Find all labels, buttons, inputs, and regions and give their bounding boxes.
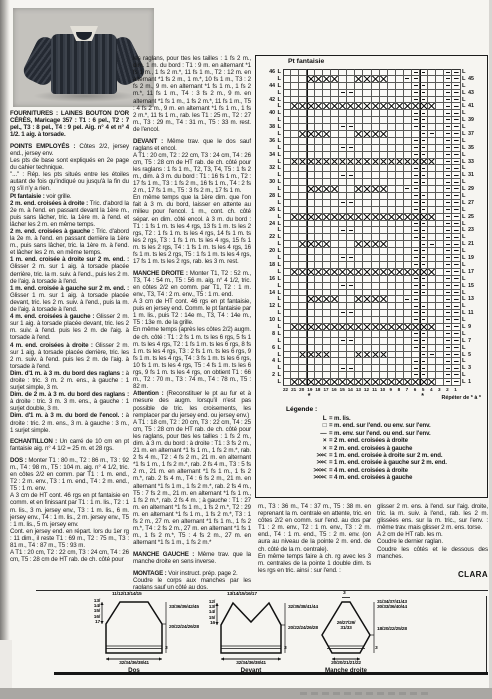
chart-cell	[452, 372, 460, 379]
chart-cell	[323, 379, 331, 386]
row-number-left	[264, 269, 276, 276]
chart-cell	[307, 331, 315, 338]
chart-cell	[339, 103, 347, 110]
chart-cell	[396, 131, 404, 138]
chart-cell	[436, 221, 444, 228]
row-number-left: 10	[264, 317, 276, 324]
chart-cell	[444, 69, 452, 76]
designer-signature: CLARA	[377, 570, 488, 579]
chart-cell	[299, 358, 307, 365]
chart-cell	[428, 358, 436, 365]
paragraph: Cont. en jersey end. en répart. lors du …	[10, 528, 129, 549]
chart-cell	[323, 97, 331, 104]
chart-cell	[339, 124, 347, 131]
chart-cell	[420, 303, 428, 310]
dos-bottom-measure: 32/34/36/38/41	[110, 661, 158, 666]
chart-cell	[323, 269, 331, 276]
chart-cell	[315, 262, 323, 269]
devant-bottom-measure: 32/34/36/38/41	[225, 661, 277, 666]
chart-cell	[363, 358, 371, 365]
chart-cell	[404, 227, 412, 234]
chart-cell	[283, 90, 291, 97]
chart-cell	[315, 317, 323, 324]
chart-cell	[452, 145, 460, 152]
chart-cell	[355, 131, 363, 138]
chart-cell	[339, 90, 347, 97]
chart-row: 44LL	[264, 83, 479, 90]
chart-cell	[412, 296, 420, 303]
chart-cell	[355, 241, 363, 248]
chart-cell	[452, 179, 460, 186]
chart-cell	[396, 338, 404, 345]
chart-cell	[412, 248, 420, 255]
chart-cell	[420, 90, 428, 97]
chart-cell	[388, 221, 396, 228]
paragraph: DEVANT : Même trav. que le dos sauf ragl…	[133, 138, 251, 152]
chart-cell	[388, 276, 396, 283]
chart-cell	[299, 76, 307, 83]
chart-cell	[283, 338, 291, 345]
chart-cell	[396, 214, 404, 221]
chart-cell	[380, 379, 388, 386]
chart-cell	[307, 200, 315, 207]
chart-cell	[412, 331, 420, 338]
paragraph: les raglans, pour ttes les tailles : 1 f…	[133, 55, 251, 133]
chart-cell	[323, 110, 331, 117]
chart-cell	[444, 83, 452, 90]
chart-cell	[452, 159, 460, 166]
chart-cell	[363, 317, 371, 324]
row-number-right	[467, 138, 479, 145]
chart-row: 40LL	[264, 110, 479, 117]
chart-cell	[428, 103, 436, 110]
chart-cell	[396, 372, 404, 379]
row-number-left	[264, 145, 276, 152]
chart-cell	[283, 83, 291, 90]
chart-cell	[436, 358, 444, 365]
chart-cell	[299, 138, 307, 145]
chart-cell	[452, 241, 460, 248]
chart-cell	[307, 290, 315, 297]
paragraph: A T1 : 20 cm, T2 : 22 cm, T3 : 24 cm, T4…	[133, 152, 251, 195]
chart-cell	[307, 345, 315, 352]
row-number-right	[467, 262, 479, 269]
chart-cell	[436, 103, 444, 110]
chart-cell	[307, 276, 315, 283]
row-number-left: 28	[264, 193, 276, 200]
chart-cell	[307, 379, 315, 386]
paragraph: Les pts de base sont expliqués en 2e pag…	[10, 157, 129, 171]
chart-cell	[404, 358, 412, 365]
chart-cell	[355, 310, 363, 317]
legend-item: □= m. end. sur l'end. ou env. sur l'env.	[286, 422, 447, 429]
manche-bottom-measure: 20/20/21/21/22	[322, 661, 370, 666]
chart-cell	[355, 227, 363, 234]
paragraph: En même temps faire à ch. rg avec les 3 …	[258, 553, 371, 574]
chart-cell	[347, 214, 355, 221]
chart-cell	[363, 338, 371, 345]
chart-cell	[363, 76, 371, 83]
chart-cell	[412, 200, 420, 207]
row-number-right	[467, 303, 479, 310]
chart-cell	[428, 138, 436, 145]
chart-cell	[404, 83, 412, 90]
chart-cell	[388, 83, 396, 90]
chart-cell	[331, 131, 339, 138]
chart-cell	[404, 97, 412, 104]
row-number-left	[264, 186, 276, 193]
chart-cell	[436, 200, 444, 207]
chart-cell	[283, 310, 291, 317]
chart-cell	[355, 269, 363, 276]
chart-cell	[444, 131, 452, 138]
chart-cell	[291, 110, 299, 117]
row-number-right	[467, 331, 479, 338]
chart-cell	[428, 117, 436, 124]
chart-cell	[380, 269, 388, 276]
chart-cell	[444, 179, 452, 186]
paragraph: 2 m. end. croisées à droite : Tric. d'ab…	[10, 200, 129, 228]
chart-cell	[339, 152, 347, 159]
chart-cell	[388, 296, 396, 303]
chart-cell	[436, 90, 444, 97]
chart-cell	[420, 69, 428, 76]
chart-cell	[315, 172, 323, 179]
chart-cell	[420, 110, 428, 117]
chart-cell	[331, 365, 339, 372]
chart-row: 46LL	[264, 69, 479, 76]
chart-cell	[291, 165, 299, 172]
chart-cell	[347, 317, 355, 324]
chart-cell	[347, 248, 355, 255]
chart-row: LL37	[264, 131, 479, 138]
chart-cell	[412, 234, 420, 241]
chart-cell	[283, 345, 291, 352]
chart-cell	[339, 179, 347, 186]
chart-row: LL15	[264, 283, 479, 290]
chart-cell	[339, 110, 347, 117]
chart-cell	[396, 138, 404, 145]
row-number-right: 7	[467, 338, 479, 345]
chart-cell	[355, 117, 363, 124]
chart-row: LL43	[264, 90, 479, 97]
chart-cell	[396, 76, 404, 83]
chart-cell	[355, 317, 363, 324]
chart-cell	[444, 352, 452, 359]
chart-cell	[396, 379, 404, 386]
chart-cell	[420, 131, 428, 138]
legend-label: = 4 m. end. croisées à droite	[326, 467, 408, 474]
chart-cell	[331, 276, 339, 283]
chart-cell	[428, 283, 436, 290]
chart-cell	[412, 193, 420, 200]
paragraph: En même temps que la 1ère dim. que l'on …	[133, 194, 251, 265]
chart-cell	[323, 214, 331, 221]
repeat-asterisk-right: *	[421, 393, 424, 400]
instructions-column-2: les raglans, pour ttes les tailles : 1 f…	[133, 55, 251, 589]
chart-cell	[388, 193, 396, 200]
chart-cell	[299, 296, 307, 303]
chart-title: Pt fantaisie	[288, 58, 324, 65]
chart-cell	[355, 262, 363, 269]
row-number-left	[264, 338, 276, 345]
chart-cell	[331, 255, 339, 262]
chart-cell	[331, 283, 339, 290]
chart-cell	[331, 69, 339, 76]
chart-cell	[291, 193, 299, 200]
chart-cell	[372, 76, 380, 83]
chart-cell	[363, 345, 371, 352]
chart-cell	[315, 145, 323, 152]
row-number-right	[467, 358, 479, 365]
chart-cell	[412, 165, 420, 172]
manche-inner-measure: 26/27/29/ 31/33	[330, 621, 362, 631]
chart-row: 30LL	[264, 179, 479, 186]
chart-cell	[323, 221, 331, 228]
chart-cell	[355, 248, 363, 255]
chart-cell	[315, 165, 323, 172]
chart-cell	[347, 193, 355, 200]
legend-item: >×<= 1 m. end. croisée à droite sur 2 m.…	[286, 452, 447, 459]
chart-cell	[331, 331, 339, 338]
row-number-left	[264, 172, 276, 179]
instructions-column-3: m., T3 : 36 m., T4 : 37 m., T5 : 38 m. e…	[258, 503, 371, 589]
chart-cell	[283, 269, 291, 276]
chart-cell	[404, 379, 412, 386]
chart-cell	[339, 345, 347, 352]
chart-cell	[452, 97, 460, 104]
sweater-body	[51, 34, 117, 94]
chart-cell	[323, 310, 331, 317]
chart-cell	[452, 200, 460, 207]
chart-cell	[452, 165, 460, 172]
chart-cell	[283, 358, 291, 365]
chart-cell	[323, 365, 331, 372]
chart-cell	[420, 159, 428, 166]
chart-cell	[339, 310, 347, 317]
chart-cell	[315, 338, 323, 345]
chart-cell	[363, 352, 371, 359]
chart-cell	[452, 303, 460, 310]
chart-cell	[355, 186, 363, 193]
chart-cell	[331, 358, 339, 365]
chart-cell	[452, 131, 460, 138]
dos-side-measure: 20/22/24/26/28	[169, 625, 199, 630]
chart-cell	[347, 255, 355, 262]
chart-cell	[339, 234, 347, 241]
chart-cell	[436, 117, 444, 124]
row-number-left: 16	[264, 276, 276, 283]
chart-cell	[331, 76, 339, 83]
chart-cell	[323, 227, 331, 234]
chart-cell	[315, 255, 323, 262]
chart-cell	[331, 124, 339, 131]
chart-cell	[380, 234, 388, 241]
chart-row: 38LL	[264, 124, 479, 131]
row-number-right: 25	[467, 214, 479, 221]
chart-cell	[307, 207, 315, 214]
chart-cell	[428, 145, 436, 152]
chart-cell	[444, 200, 452, 207]
chart-cell	[347, 207, 355, 214]
stitch-chart-box: Pt fantaisie 46LLLL4544LLLL4342LLLL4140L…	[255, 55, 488, 498]
chart-cell	[404, 131, 412, 138]
chart-cell	[452, 283, 460, 290]
chart-cell	[315, 290, 323, 297]
chart-row: 12LL	[264, 303, 479, 310]
chart-cell	[388, 227, 396, 234]
legend-symbol-icon: ×	[286, 437, 326, 444]
chart-cell	[412, 138, 420, 145]
chart-cell	[363, 331, 371, 338]
chart-cell	[396, 165, 404, 172]
chart-cell	[307, 352, 315, 359]
row-number-left: 18	[264, 262, 276, 269]
chart-cell	[428, 365, 436, 372]
chart-cell	[420, 255, 428, 262]
chart-cell	[363, 214, 371, 221]
chart-cell	[380, 124, 388, 131]
row-number-left	[264, 117, 276, 124]
chart-cell	[315, 345, 323, 352]
chart-cell	[347, 117, 355, 124]
chart-cell	[372, 317, 380, 324]
chart-cell	[347, 90, 355, 97]
chart-cell	[428, 186, 436, 193]
row-number-left: 40	[264, 110, 276, 117]
chart-cell	[436, 172, 444, 179]
chart-cell	[428, 241, 436, 248]
chart-cell	[436, 207, 444, 214]
chart-cell	[428, 352, 436, 359]
row-number-right	[467, 276, 479, 283]
chart-cell	[436, 76, 444, 83]
chart-cell	[283, 303, 291, 310]
chart-cell	[396, 159, 404, 166]
chart-cell	[339, 165, 347, 172]
chart-cell	[380, 207, 388, 214]
chart-cell	[452, 255, 460, 262]
paragraph: Coudre les côtés et le dessous des manch…	[377, 546, 488, 560]
chart-cell	[307, 358, 315, 365]
paragraph: "..." : Rép. les pts situés entre les ét…	[10, 171, 129, 192]
chart-cell	[436, 165, 444, 172]
row-number-left: 6	[264, 345, 276, 352]
chart-cell	[331, 372, 339, 379]
chart-cell	[291, 248, 299, 255]
chart-cell	[315, 117, 323, 124]
chart-cell	[444, 165, 452, 172]
chart-cell	[363, 110, 371, 117]
chart-cell	[388, 145, 396, 152]
chart-cell	[299, 69, 307, 76]
chart-cell	[307, 117, 315, 124]
chart-cell	[412, 338, 420, 345]
chart-cell	[339, 248, 347, 255]
chart-cell	[315, 193, 323, 200]
chart-cell	[436, 352, 444, 359]
chart-cell	[388, 179, 396, 186]
chart-cell	[436, 317, 444, 324]
chart-cell	[388, 117, 396, 124]
chart-cell	[315, 159, 323, 166]
chart-cell	[372, 110, 380, 117]
chart-cell	[323, 262, 331, 269]
chart-cell	[363, 283, 371, 290]
chart-cell	[331, 221, 339, 228]
chart-cell	[404, 317, 412, 324]
chart-cell	[363, 269, 371, 276]
chart-cell	[372, 365, 380, 372]
column-number: 21	[290, 387, 298, 392]
chart-cell	[307, 214, 315, 221]
chart-cell	[372, 145, 380, 152]
chart-cell	[444, 138, 452, 145]
chart-cell	[315, 379, 323, 386]
chart-cell	[339, 358, 347, 365]
chart-cell	[331, 324, 339, 331]
chart-cell	[331, 152, 339, 159]
chart-cell	[444, 269, 452, 276]
chart-cell	[428, 90, 436, 97]
chart-cell	[436, 276, 444, 283]
chart-cell	[388, 165, 396, 172]
chart-cell	[412, 117, 420, 124]
chart-cell	[444, 186, 452, 193]
chart-cell	[291, 69, 299, 76]
chart-cell	[363, 145, 371, 152]
chart-cell	[396, 186, 404, 193]
chart-cell	[420, 83, 428, 90]
chart-cell	[283, 145, 291, 152]
row-number-right	[467, 83, 479, 90]
chart-cell	[355, 200, 363, 207]
chart-cell	[404, 103, 412, 110]
column-number: 6	[411, 387, 419, 392]
column-number: 2	[443, 387, 451, 392]
row-number-right	[467, 152, 479, 159]
row-number-right	[467, 317, 479, 324]
chart-cell	[404, 76, 412, 83]
chart-cell	[428, 276, 436, 283]
chart-cell	[339, 227, 347, 234]
chart-cell	[299, 193, 307, 200]
chart-cell	[291, 159, 299, 166]
chart-cell	[291, 214, 299, 221]
chart-cell	[347, 103, 355, 110]
chart-cell	[299, 276, 307, 283]
chart-cell	[404, 345, 412, 352]
row-number-right: 31	[467, 172, 479, 179]
chart-cell	[331, 83, 339, 90]
chart-cell	[388, 186, 396, 193]
chart-cell	[420, 358, 428, 365]
chart-cell	[372, 172, 380, 179]
chart-cell	[396, 103, 404, 110]
chart-cell	[420, 97, 428, 104]
chart-cell	[331, 110, 339, 117]
chart-cell	[307, 221, 315, 228]
chart-cell	[428, 345, 436, 352]
chart-cell	[315, 152, 323, 159]
chart-cell	[420, 193, 428, 200]
chart-cell	[315, 372, 323, 379]
row-number-left: 12	[264, 303, 276, 310]
chart-cell	[380, 262, 388, 269]
chart-cell	[412, 221, 420, 228]
chart-cell	[380, 345, 388, 352]
chart-cell	[444, 152, 452, 159]
